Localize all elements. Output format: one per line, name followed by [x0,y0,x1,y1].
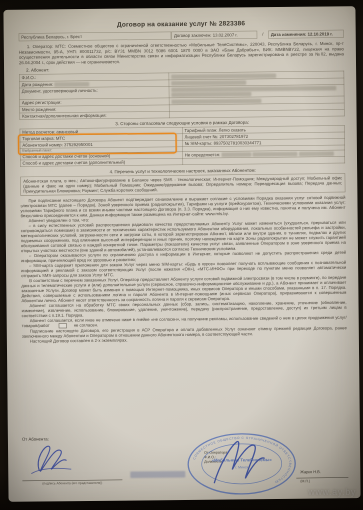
terms-table-wrap: Метод расчетов: авансовый Тарифный план:… [20,125,345,167]
consent-after-text: не согласен. [74,322,98,327]
redacted-text [299,151,334,156]
redacted-text [171,92,251,97]
header-row: Республика Беларусь, г. Брест Договор за… [19,30,344,41]
redacted-text [253,152,298,157]
redacted-text [171,80,246,85]
header-place: Республика Беларусь, г. Брест [19,32,172,42]
photo-of-contract: { "colors":{"highlight_orange":"#e8891f"… [0,0,363,510]
operator-stamp: СОВМЕСТНОЕ ОБЩЕСТВО С ОГРАНИЧЕННОЙ ОТВЕТ… [184,430,300,498]
legal-clauses: При подписании настоящего Договора Абоне… [20,195,347,344]
redacted-abonent-name [130,471,185,478]
document-title: Договор на оказание услуг № 2823386 [19,18,344,29]
services-list: Абонентская плата, в мес.; Автоконфигури… [20,173,345,195]
abonent-signature-caption: (подпись Абонента (его представителя)) [22,481,122,486]
stamp-place-caption: (М.П.) [300,480,310,484]
contract-content: Договор на оказание услуг № 2823386 Респ… [3,6,360,502]
operator-signature-line [296,477,348,478]
header-concluded-date: Договор заключен: 13.02.2007 г. [171,31,257,40]
redacted-text [221,152,251,157]
clause-paragraph: В соответствии с перечнем заказанных Усл… [21,275,346,303]
stamp-city-text: г. Минск [235,465,248,469]
redacted-date [54,82,89,87]
header-slash: / [257,31,268,39]
abonent-value-contact-info [169,109,344,117]
operator-clause: 1. Оператор: МТС: Совместное общество с … [19,41,344,66]
terms-table: Метод расчетов: авансовый Тарифный план:… [20,125,345,167]
contract-paper: Договор на оказание услуг № 2823386 Респ… [3,6,360,502]
ay-by-watermark: www.ay.by [308,487,356,497]
operator-name: Жарко Н.В. [300,470,321,475]
header-changed-date: Дата изменения: 12.10.2019 г. [268,30,343,39]
abonent-signature-ink [25,438,85,480]
clause-paragraph: – в силу естественных условий распростра… [21,220,346,253]
term-billing-delivery-extra: Способ и адрес доставки счетов (дополнит… [20,158,182,166]
abonent-table: Ф.И.О.: Дата рождения: Документ, удостов… [19,71,344,119]
redacted-address [171,98,261,103]
abonent-label-contact-info: Контактная/дополнительная информация: [20,111,169,119]
redacted-text [171,86,336,92]
term-billing-delivery-extra-value [182,156,344,164]
